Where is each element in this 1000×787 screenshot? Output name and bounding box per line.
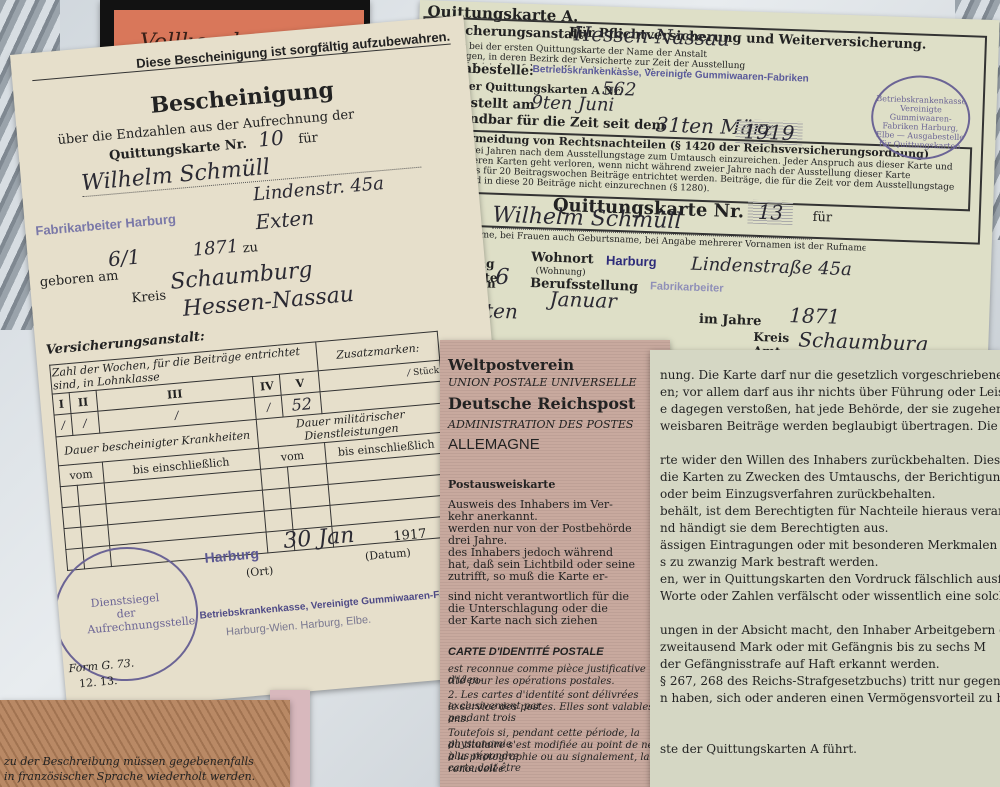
datum-label: (Datum)	[364, 546, 411, 563]
class-i: I	[52, 393, 70, 415]
ausgabestelle-seal: Betriebskrankenkasse Vereinigte Gummiwaa…	[870, 74, 972, 161]
quittungskarte-card: Quittungskarte A. Für Pflichtversicherun…	[408, 0, 1000, 370]
born-date: 6/1	[107, 244, 141, 271]
post-line-4: ALLEMAGNE	[448, 436, 540, 453]
occupation-stamp: Fabrikarbeiter Harburg	[35, 211, 177, 238]
brown-line-0: zu der Beschreibung müssen gegebenenfall…	[4, 755, 254, 768]
post-line-18: tité pour les opérations postales.	[448, 676, 615, 687]
rules-line: § 267, 268 des Reichs-Strafgesetzbuchs) …	[660, 674, 1000, 688]
im-jahre-label: im Jahre	[699, 312, 762, 329]
wohnort-label: Wohnort	[531, 250, 594, 267]
rules-line: e dagegen verstoßen, hat jede Behörde, d…	[660, 402, 1000, 416]
post-line-5: Postausweiskarte	[448, 478, 555, 491]
rules-line: ungen in der Absicht macht, den Inhaber …	[660, 623, 1000, 637]
issue-year: 1917	[393, 527, 427, 545]
kreis-label: Kreis	[753, 330, 789, 345]
rules-line: rte wider den Willen des Inhabers zurück…	[660, 453, 1000, 467]
born-year: 1871	[192, 236, 239, 261]
ort-label: (Ort)	[245, 564, 273, 579]
wohnort-stamp: Harburg	[606, 253, 657, 270]
born-label: geboren am	[39, 268, 119, 290]
zusatz-value: /	[407, 368, 411, 378]
post-line-16: CARTE D'IDENTITÉ POSTALE	[448, 646, 604, 658]
post-line-20: le service des postes. Elles sont valabl…	[448, 702, 670, 724]
seal-text: Betriebskrankenkasse Vereinigte Gummiwaa…	[872, 76, 969, 151]
rules-line: en, wer in Quittungskarten den Vordruck …	[660, 572, 1000, 586]
post-line-2: Deutsche Reichspost	[448, 394, 635, 413]
post-line-3: ADMINISTRATION DES POSTES	[448, 418, 633, 431]
brown-document: zu der Beschreibung müssen gegebenenfall…	[0, 700, 290, 787]
ausgestellt-value: 9ten Juni	[531, 92, 614, 116]
rules-line: oder beim Einzugsverfahren zurückbehalte…	[660, 487, 935, 501]
beruf-stamp: Fabrikarbeiter	[650, 280, 724, 295]
rules-line: ässigen Eintragungen oder mit besonderen…	[660, 538, 1000, 552]
rules-line: ste der Quittungskarten A führt.	[660, 742, 857, 756]
class-iv-weeks: /	[254, 395, 283, 419]
birthplace: Exten	[254, 205, 315, 234]
post-line-25: renouvelée.	[448, 764, 507, 775]
rules-line: en; vor allem darf aus ihr nichts über F…	[660, 385, 1000, 399]
birth-year: 1871	[789, 303, 841, 329]
class-ii: II	[69, 390, 98, 413]
card-number: 10	[257, 126, 284, 152]
zu-label: zu	[242, 240, 258, 256]
class-i-weeks: /	[54, 414, 72, 437]
rules-line: zweitausend Mark oder mit Gefängnis bis …	[660, 640, 986, 654]
rules-line: behält, ist dem Berechtigten für Nachtei…	[660, 504, 1000, 518]
issue-date: 30 Jan	[282, 523, 355, 554]
rules-line: nd händigt sie dem Berechtigten aus.	[660, 521, 888, 535]
reichspost-id-card: Weltpostverein UNION POSTALE UNIVERSELLE…	[440, 340, 670, 787]
rules-line: der Gefängnisstrafe auf Haft erkannt wer…	[660, 657, 940, 671]
post-line-1: UNION POSTALE UNIVERSELLE	[448, 376, 637, 389]
seal-text: Dienstsiegel der Aufrechnungsstelle	[81, 546, 168, 637]
fuer-label: für	[812, 210, 832, 226]
class-iv: IV	[252, 374, 281, 397]
geboren-month: Januar	[549, 287, 617, 313]
place-stamp: Harburg	[204, 545, 260, 566]
class-ii-weeks: /	[71, 411, 100, 435]
rules-line: die Karten zu Zwecken des Umtauschs, der…	[660, 470, 1000, 484]
post-line-0: Weltpostverein	[448, 356, 574, 374]
form-date: 12. 13.	[79, 674, 118, 690]
post-line-21: ans.	[448, 714, 469, 725]
geboren-day: 6	[495, 265, 510, 290]
fuer-label: für	[298, 131, 319, 148]
rules-line: nung. Die Karte darf nur die gesetzlich …	[660, 368, 1000, 382]
street-address: Lindenstraße 45a	[691, 254, 853, 281]
stueck-text: Stück	[413, 366, 440, 378]
brown-line-1: in französischer Sprache wiederholt werd…	[4, 770, 255, 783]
post-line-15: der Karte nach sich ziehen	[448, 614, 598, 627]
rules-page: nung. Die Karte darf nur die gesetzlich …	[650, 350, 1000, 787]
rules-line: s zu zwanzig Mark bestraft werden.	[660, 555, 878, 569]
rules-line: Worte oder Zahlen verfälscht oder wissen…	[660, 589, 1000, 603]
rules-line: weisbaren Beiträge werden beglaubigt übe…	[660, 419, 1000, 433]
rules-line: n haben, sich oder anderen einen Vermöge…	[660, 691, 1000, 705]
post-line-12: zutrifft, so muß die Karte er-	[448, 570, 608, 583]
kreis-label: Kreis	[131, 288, 167, 306]
